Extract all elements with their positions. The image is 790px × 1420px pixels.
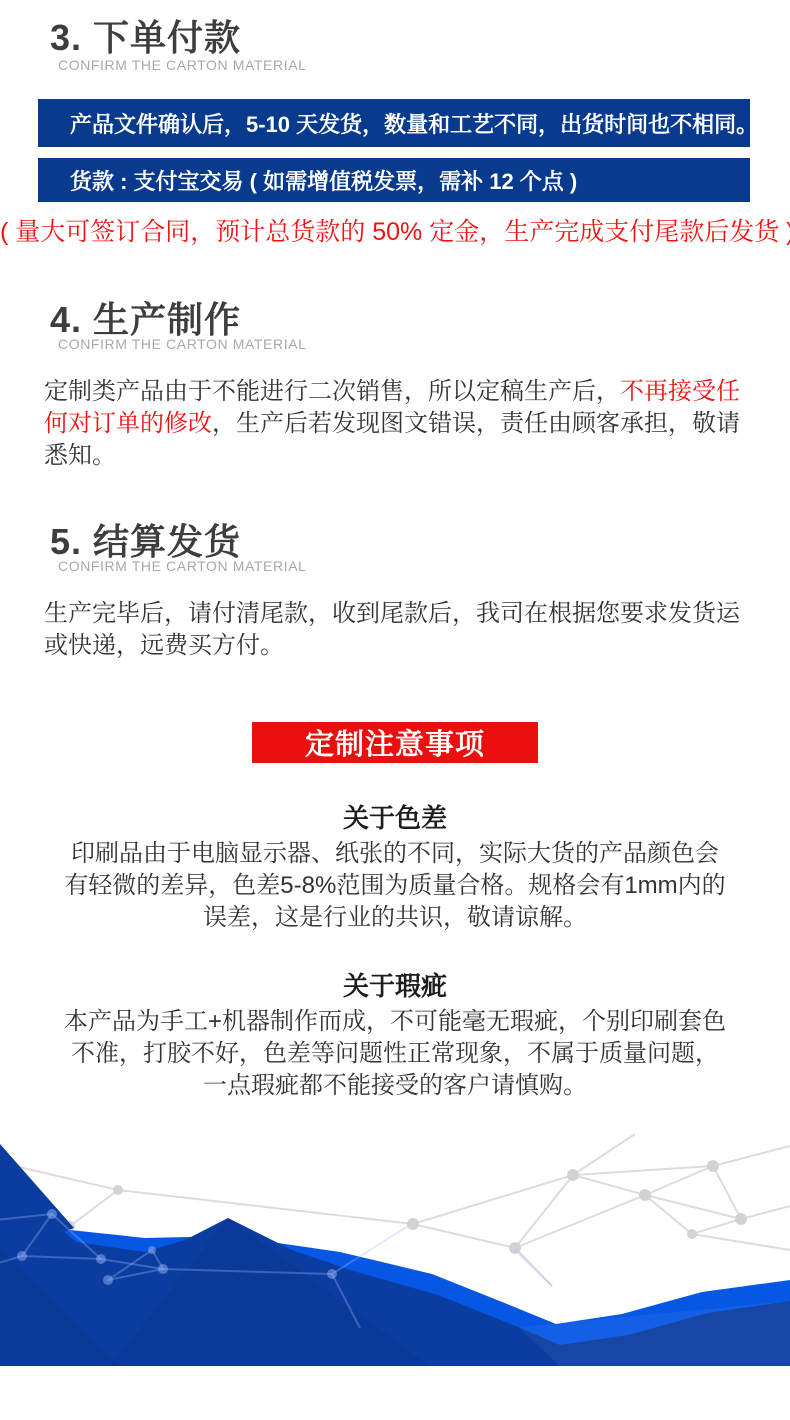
payment-method-banner: 货款 : 支付宝交易 ( 如需增值税发票，需补 12 个点 ) [38,158,750,202]
color-difference-paragraph: 印刷品由于电脑显示器、纸张的不同，实际大货的产品颜色会有轻微的差异，色差5-8%… [60,838,730,934]
production-text-before: 定制类产品由于不能进行二次销售，所以定稿生产后， [44,378,620,405]
custom-notice-button: 定制注意事项 [252,722,538,763]
footer-graphic [0,1128,790,1366]
step3-title: 3. 下单付款 [50,10,241,61]
shipping-time-banner: 产品文件确认后，5-10 天发货，数量和工艺不同，出货时间也不相同。 [38,99,750,147]
settlement-paragraph: 生产完毕后，请付清尾款，收到尾款后，我司在根据您要求发货运或快递，远费买方付。 [44,598,744,662]
flaw-heading: 关于瑕疵 [0,966,790,1003]
step4-subtitle: CONFIRM THE CARTON MATERIAL [58,336,307,352]
footer-left-peak [0,1144,74,1244]
step5-subtitle: CONFIRM THE CARTON MATERIAL [58,558,307,574]
payment-method-text: 货款 : 支付宝交易 ( 如需增值税发票，需补 12 个点 ) [70,165,577,196]
deposit-note: ( 量大可签订合同，预计总货款的 50% 定金，生产完成支付尾款后发货 ) [0,212,790,248]
production-paragraph: 定制类产品由于不能进行二次销售，所以定稿生产后，不再接受任何对订单的修改，生产后… [44,376,744,472]
shipping-time-text: 产品文件确认后，5-10 天发货，数量和工艺不同，出货时间也不相同。 [70,108,758,139]
step3-subtitle: CONFIRM THE CARTON MATERIAL [58,57,307,73]
flaw-paragraph: 本产品为手工+机器制作而成，不可能毫无瑕疵，个别印刷套色不准，打胶不好，色差等问… [60,1006,730,1102]
color-difference-heading: 关于色差 [0,798,790,835]
